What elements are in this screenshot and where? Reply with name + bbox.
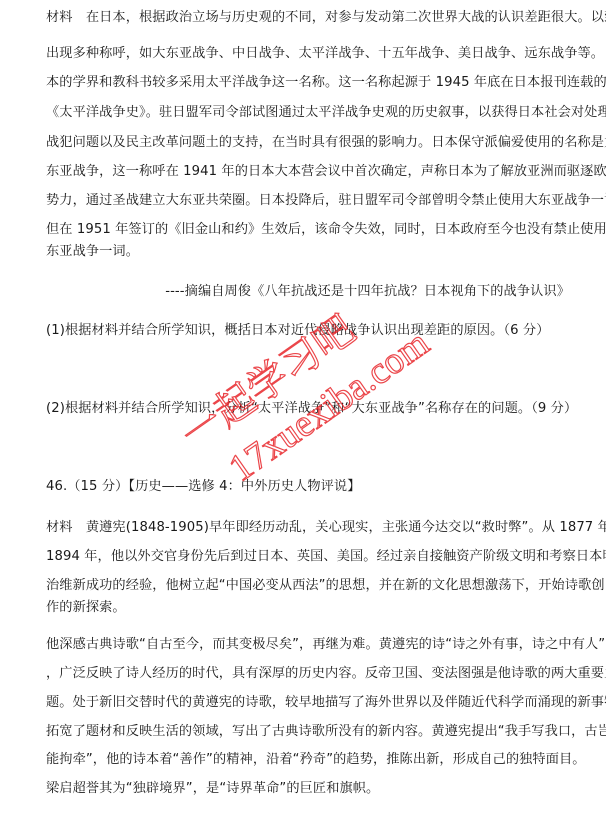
poetry-line: 拓宽了题材和反映生活的领域，写出了古典诗歌所没有的新内容。黄遵宪提出“我手写我口…	[46, 724, 606, 740]
source-citation: ----摘编自周俊《八年抗战还是十四年抗战？日本视角下的战争认识》	[165, 284, 570, 300]
material-line: 东亚战争一词。	[46, 244, 139, 260]
poetry-line: 题。处于新旧交替时代的黄遵宪的诗歌，较早地描写了海外世界以及伴随近代科学而涌现的…	[46, 695, 606, 711]
question-46-heading: 46.（15 分）【历史——选修 4：中外历史人物评说】	[46, 479, 360, 495]
exam-page: 材料 在日本，根据政治立场与历史观的不同，对参与发动第二次世界大战的认识差距很大…	[0, 0, 606, 822]
watermark: 一起学习吧 17xuexiba.com	[127, 225, 492, 556]
material-line: 但在 1951 年签订的《旧金山和约》生效后，该命令失效，同时，日本政府至今也没…	[46, 222, 606, 238]
material-line: 战犯问题以及民主改革问题土的支持，在当时具有很强的影响力。日本保守派偏爱使用的名…	[46, 135, 606, 151]
question-2: (2)根据材料并结合所学知识，分析“太平洋战争”和“大东亚战争”名称存在的问题。…	[46, 401, 577, 417]
bio-line: 材料 黄遵宪(1848-1905)早年即经历动乱，关心现实，主张通今达交以“救时…	[46, 520, 606, 536]
poetry-line: 能拘牵”，他的诗本着“善作”的精神，沿着“矜奇”的趋势，推陈出新，形成自己的独特…	[46, 752, 586, 768]
material-line: 势力，通过圣战建立大东亚共荣圈。日本投降后，驻日盟军司令部曾明令禁止使用大东亚战…	[46, 193, 606, 209]
bio-line: 1894 年，他以外交官身份先后到过日本、英国、美国。经过亲自接触资产阶级文明和…	[46, 549, 606, 565]
bio-line: 作的新探索。	[46, 600, 126, 616]
poetry-line: ，广泛反映了诗人经历的时代，具有深厚的历史内容。反帝卫国、变法图强是他诗歌的两大…	[46, 666, 606, 682]
material-line: 本的学界和教科书较多采用太平洋战争这一名称。这一名称起源于 1945 年底在日本…	[46, 75, 606, 91]
material-line: 材料 在日本，根据政治立场与历史观的不同，对参与发动第二次世界大战的认识差距很大…	[46, 10, 606, 26]
question-1: (1)根据材料并结合所学知识，概括日本对近代侵略战争认识出现差距的原因。（6 分…	[46, 323, 550, 339]
material-line: 《太平洋战争史》。驻日盟军司令部试图通过太平洋战争史观的历史叙事，以获得日本社会…	[46, 105, 606, 121]
poetry-line: 他深感古典诗歌“自古至今，而其变极尽矣”，再继为难。黄遵宪的诗“诗之外有事，诗之…	[46, 637, 605, 653]
material-line: 东亚战争，这一称呼在 1941 年的日本大本营会议中首次确定，声称日本为了解放亚…	[46, 164, 606, 180]
material-line: 出现多种称呼，如大东亚战争、中日战争、太平洋战争、十五年战争、美日战争、远东战争…	[46, 46, 606, 62]
poetry-line: 梁启超誉其为“独辟境界”，是“诗界革命”的巨匠和旗帜。	[46, 781, 379, 797]
bio-line: 治维新成功的经验，他树立起“中国必变从西法”的思想，并在新的文化思想激荡下，开始…	[46, 578, 605, 594]
